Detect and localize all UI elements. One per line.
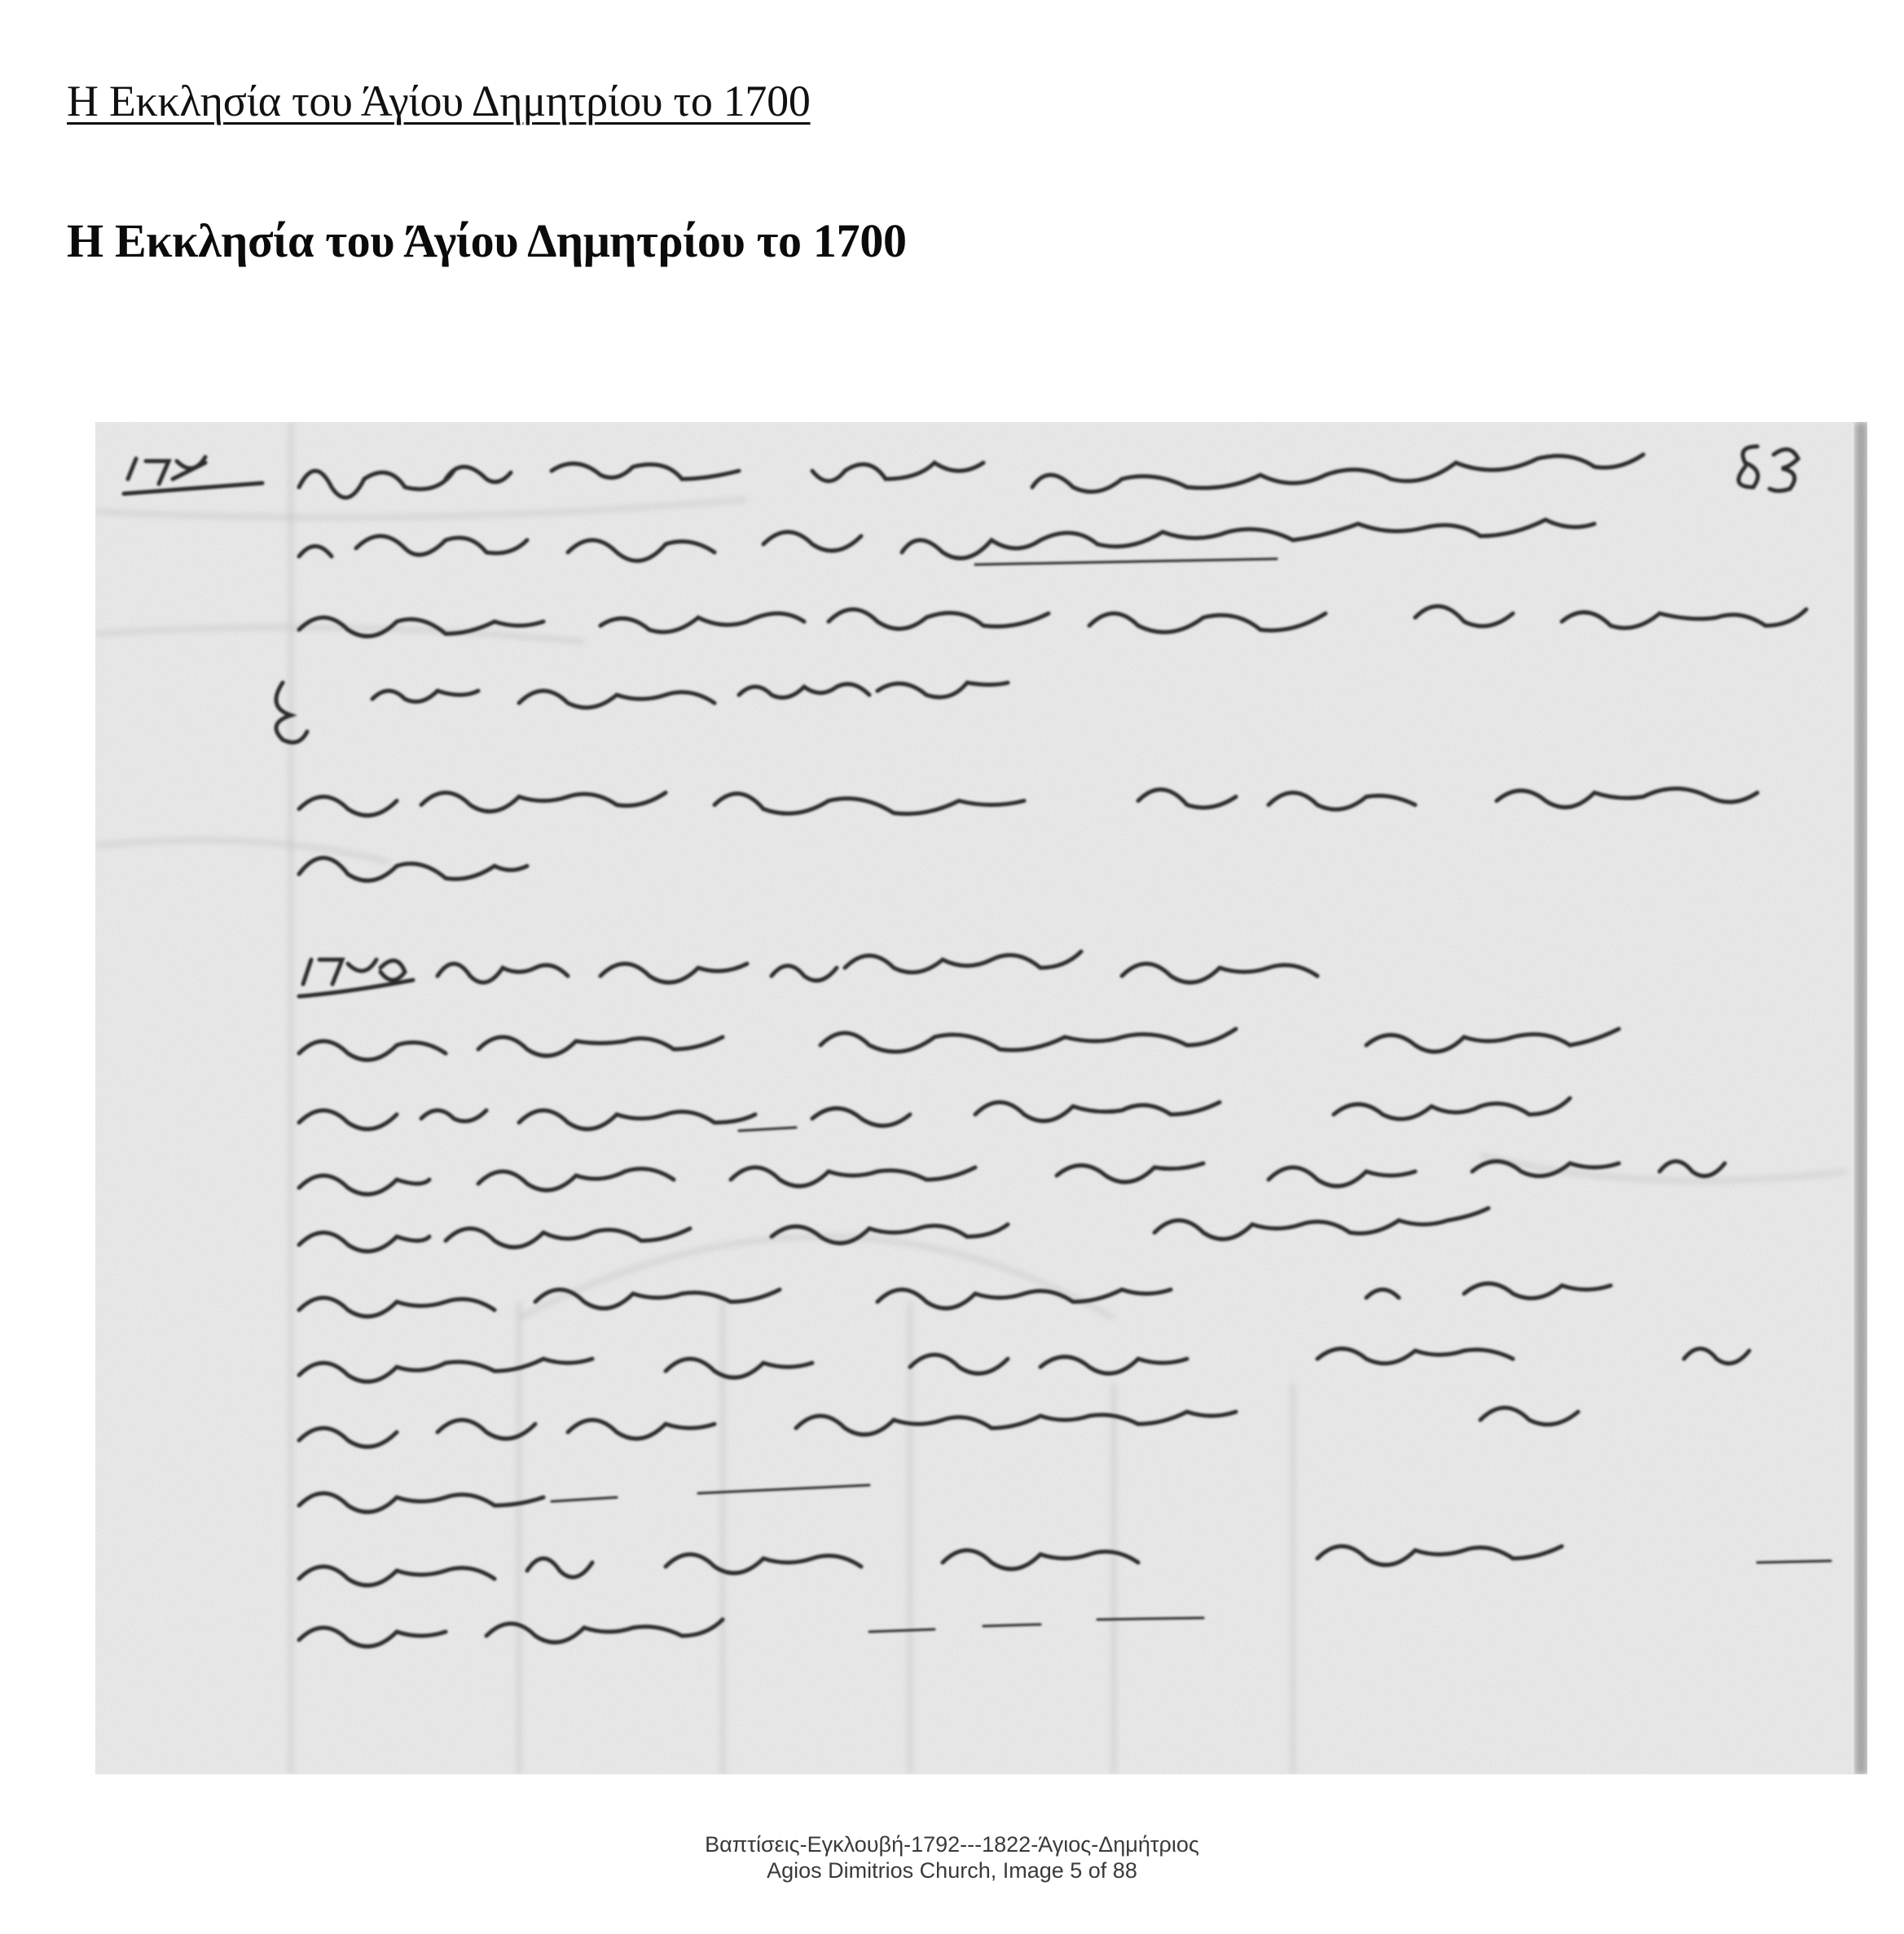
handwriting-scan (95, 422, 1867, 1774)
caption-description: Agios Dimitrios Church, Image 5 of 88 (0, 1857, 1904, 1883)
page-heading-link[interactable]: Η Εκκλησία του Άγίου Δημητρίου το 1700 (67, 75, 811, 127)
image-caption: Βαπτίσεις-Εγκλουβή-1792---1822-Άγιος-Δημ… (0, 1831, 1904, 1883)
caption-filename: Βαπτίσεις-Εγκλουβή-1792---1822-Άγιος-Δημ… (0, 1831, 1904, 1857)
manuscript-image (95, 422, 1867, 1774)
page-title: Η Εκκλησία του Άγίου Δημητρίου το 1700 (67, 213, 907, 269)
